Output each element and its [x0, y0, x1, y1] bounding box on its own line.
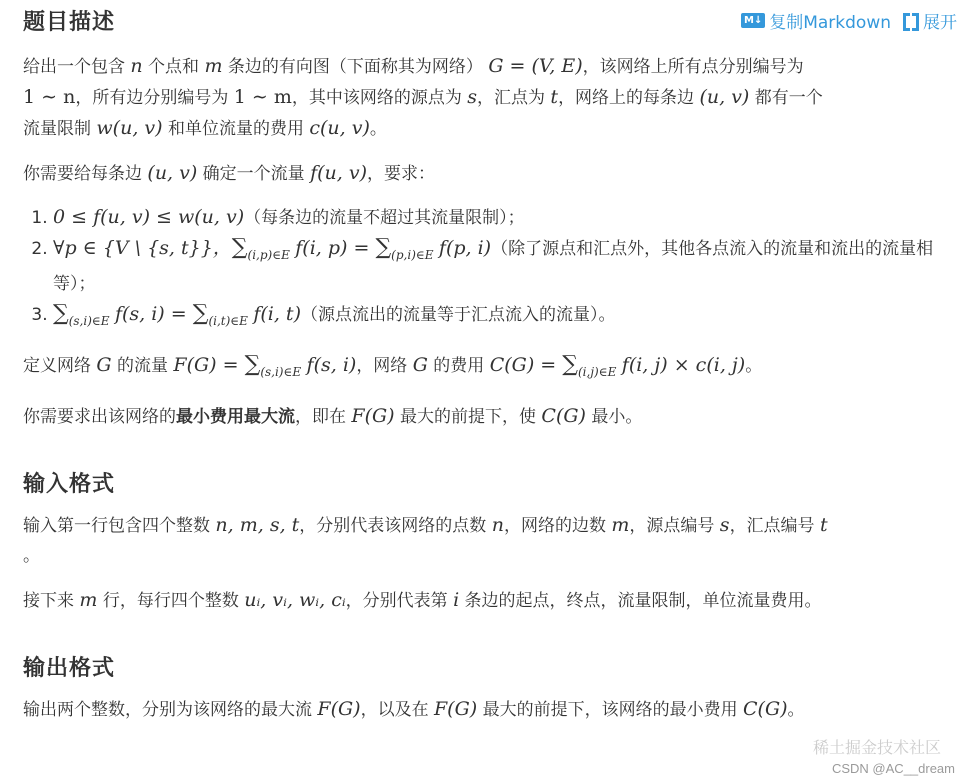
description-paragraph-3: 定义网络 G 的流量 F(G) = ∑(s,i)∈E f(s, i)，网络 G …	[23, 350, 963, 387]
watermark-csdn: CSDN @AC__dream	[832, 761, 955, 776]
input-header: 输入格式	[23, 462, 963, 502]
input-paragraph-1: 输入第一行包含四个整数 n, m, s, t，分别代表该网络的点数 n，网络的边…	[23, 510, 963, 571]
output-header: 输出格式	[23, 646, 963, 686]
expand-button[interactable]: 展开	[903, 8, 957, 33]
markdown-icon: M↓	[741, 13, 765, 28]
description-header: 题目描述 M↓ 复制Markdown 展开	[23, 0, 963, 40]
constraint-item: 0 ≤ f(u, v) ≤ w(u, v)（每条边的流量不超过其流量限制）；	[53, 203, 963, 233]
problem-statement: 题目描述 M↓ 复制Markdown 展开 给出一个包含 n 个点和 m 条边的…	[23, 0, 963, 725]
description-paragraph-2: 你需要给每条边 (u, v) 确定一个流量 f(u, v)，要求：	[23, 158, 963, 189]
input-paragraph-2: 接下来 m 行，每行四个整数 uᵢ, vᵢ, wᵢ, cᵢ，分别代表第 i 条边…	[23, 585, 963, 616]
expand-label: 展开	[923, 8, 957, 33]
output-paragraph-1: 输出两个整数，分别为该网络的最大流 F(G)，以及在 F(G) 最大的前提下，该…	[23, 694, 963, 725]
description-title: 题目描述	[23, 5, 115, 36]
description-paragraph-4: 你需要求出该网络的最小费用最大流，即在 F(G) 最大的前提下，使 C(G) 最…	[23, 401, 963, 432]
constraint-item: ∑(s,i)∈E f(s, i) = ∑(i,t)∈E f(i, t)（源点流出…	[53, 299, 963, 336]
watermark-juejin: 稀土掘金技术社区	[813, 735, 941, 758]
constraint-item: ∀p ∈ {V \ {s, t}}，∑(i,p)∈E f(i, p) = ∑(p…	[53, 233, 963, 299]
copy-markdown-button[interactable]: M↓ 复制Markdown	[741, 8, 891, 33]
constraint-list: 0 ≤ f(u, v) ≤ w(u, v)（每条边的流量不超过其流量限制）； ∀…	[23, 203, 963, 336]
input-title: 输入格式	[23, 467, 115, 498]
copy-markdown-label: 复制Markdown	[769, 8, 891, 33]
output-title: 输出格式	[23, 651, 115, 682]
expand-icon	[903, 12, 919, 28]
statement-actions: M↓ 复制Markdown 展开	[741, 8, 957, 33]
description-paragraph-1: 给出一个包含 n 个点和 m 条边的有向图（下面称其为网络） G = (V, E…	[23, 51, 963, 144]
min-cost-max-flow-term: 最小费用最大流	[176, 407, 295, 427]
